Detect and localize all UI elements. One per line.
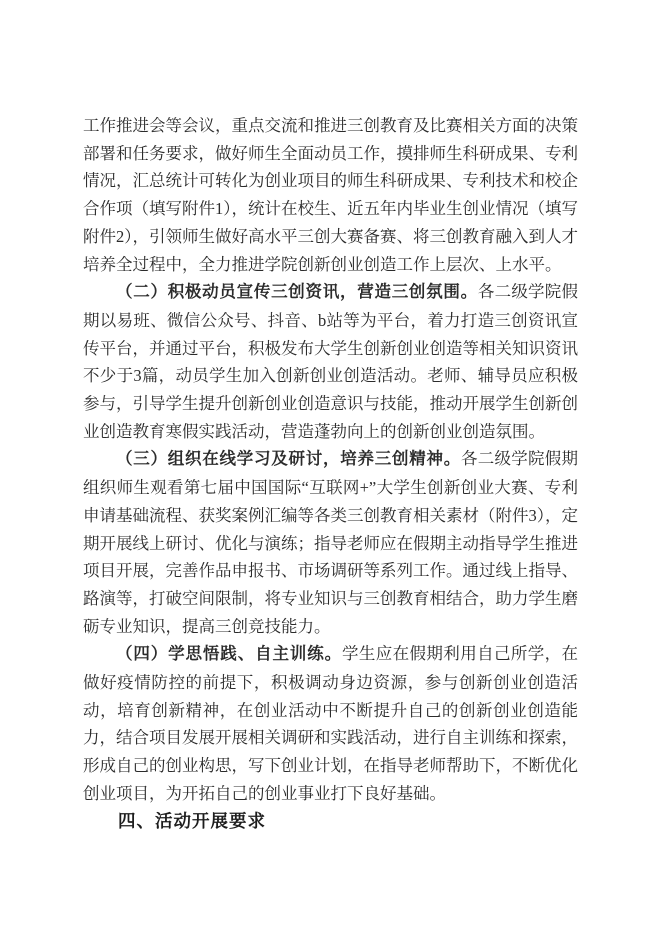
- paragraph-text: 工作推进会等会议，重点交流和推进三创教育及比赛相关方面的决策部署和任务要求，做好…: [83, 116, 578, 274]
- paragraph-section-3: （三）组织在线学习及研讨，培养三创精神。各二级学院假期组织师生观看第七届中国国际…: [83, 445, 578, 640]
- paragraph-text: 各二级学院假期以易班、微信公众号、抖音、b站等为平台，着力打造三创资讯宣传平台，…: [83, 282, 578, 441]
- paragraph-lead-bold: （三）组织在线学习及研讨，培养三创精神。: [116, 450, 461, 468]
- paragraph-text: 各二级学院假期组织师生观看第七届中国国际“互联网+”大学生创新创业大赛、专利申请…: [83, 449, 578, 635]
- paragraph-section-4: （四）学思悟践、自主训练。学生应在假期利用自己所学，在做好疫情防控的前提下，积极…: [83, 640, 578, 807]
- document-page: 工作推进会等会议，重点交流和推进三创教育及比赛相关方面的决策部署和任务要求，做好…: [0, 0, 662, 936]
- paragraph-continuation: 工作推进会等会议，重点交流和推进三创教育及比赛相关方面的决策部署和任务要求，做好…: [83, 112, 578, 278]
- paragraph-lead-bold: （二）积极动员宣传三创资讯，营造三创氛围。: [116, 283, 478, 301]
- paragraph-section-2: （二）积极动员宣传三创资讯，营造三创氛围。各二级学院假期以易班、微信公众号、抖音…: [83, 278, 578, 445]
- paragraph-lead-bold: （四）学思悟践、自主训练。: [116, 645, 342, 663]
- document-content: 工作推进会等会议，重点交流和推进三创教育及比赛相关方面的决策部署和任务要求，做好…: [83, 112, 578, 835]
- paragraph-text: 学生应在假期利用自己所学，在做好疫情防控的前提下，积极调动身边资源，参与创新创业…: [83, 644, 578, 803]
- section-heading: 四、活动开展要求: [83, 808, 578, 836]
